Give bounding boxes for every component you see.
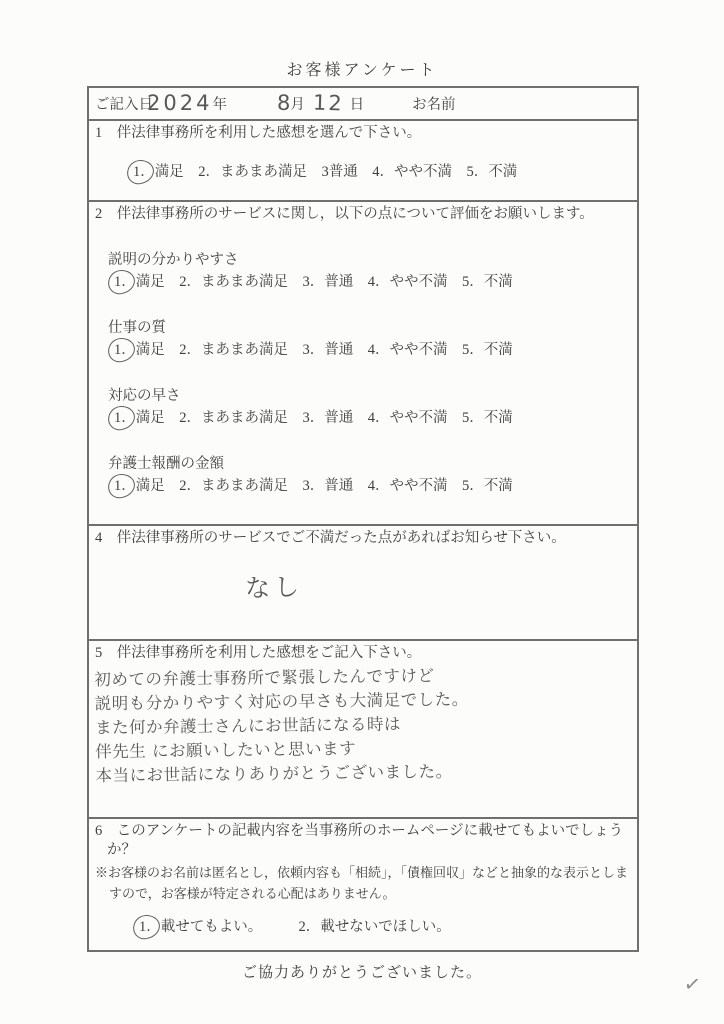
question-1: 1 伴法律事務所を利用した感想を選んで下さい。 1．満足 2．まあまあ満足 3普… xyxy=(89,119,637,200)
name-label: お名前 xyxy=(412,97,456,113)
thanks-message: ご協力ありがとうございました。 xyxy=(0,962,724,984)
subquestion-options: 1．満足 2．まあまあ満足 3．普通 4．やや不満 5．不満 xyxy=(114,273,633,292)
subquestion-label: 仕事の質 xyxy=(108,319,633,338)
date-year-handwritten: 2024 xyxy=(147,91,212,115)
date-month-handwritten: 8 xyxy=(277,91,290,115)
month-suffix: 月 xyxy=(290,97,305,113)
question-6: 6 このアンケートの記載内容を当事務所のホームページに載せてもよいでしょうか？ … xyxy=(89,817,637,950)
question-2: 2 伴法律事務所のサービスに関し，以下の点について評価をお願いします。 説明の分… xyxy=(89,200,637,524)
question-4: 4 伴法律事務所のサービスでご不満だった点があればお知らせ下さい。 なし xyxy=(89,524,637,639)
question-5: 5 伴法律事務所を利用した感想をご記入下さい。 初めての弁護士事務所で緊張したん… xyxy=(89,639,637,817)
question-6-options: 1．載せてもよい。 2．載せないでほしい。 xyxy=(139,918,633,937)
question-5-handwritten-answer: 初めての弁護士事務所で緊張したんですけど 説明も分かりやすく対応の早さも大満足で… xyxy=(94,662,633,789)
question-1-header: 1 伴法律事務所を利用した感想を選んで下さい。 xyxy=(95,124,633,143)
subquestion-options-text: 1．満足 2．まあまあ満足 3．普通 4．やや不満 5．不満 xyxy=(114,478,513,494)
date-day-handwritten: 12 xyxy=(312,88,344,118)
subquestion-label: 説明の分かりやすさ xyxy=(108,251,633,270)
question-6-note: ※お客様のお名前は匿名とし，依頼内容も「相続」，「債権回収」などと抽象的な表示と… xyxy=(95,862,639,904)
question-6-header: 6 このアンケートの記載内容を当事務所のホームページに載せてもよいでしょうか？ xyxy=(95,822,628,860)
question-5-header: 5 伴法律事務所を利用した感想をご記入下さい。 xyxy=(95,644,633,663)
question-1-options-text: 1．満足 2．まあまあ満足 3普通 4．やや不満 5．不満 xyxy=(133,164,517,180)
subquestion-options-text: 1．満足 2．まあまあ満足 3．普通 4．やや不満 5．不満 xyxy=(114,274,513,290)
survey-form: ご記入日2024年8月12日お名前 1 伴法律事務所を利用した感想を選んで下さい… xyxy=(87,86,639,952)
date-label: ご記入日 xyxy=(95,97,153,113)
year-suffix: 年 xyxy=(212,97,227,113)
subquestion-options: 1．満足 2．まあまあ満足 3．普通 4．やや不満 5．不満 xyxy=(114,341,633,360)
day-suffix: 日 xyxy=(350,97,365,113)
subquestion-options-text: 1．満足 2．まあまあ満足 3．普通 4．やや不満 5．不満 xyxy=(114,410,513,426)
subquestion-options-text: 1．満足 2．まあまあ満足 3．普通 4．やや不満 5．不満 xyxy=(114,342,513,358)
question-4-handwritten-answer: なし xyxy=(244,567,303,605)
question-6-options-text: 1．載せてもよい。 2．載せないでほしい。 xyxy=(139,919,451,935)
subquestion-label: 弁護士報酬の金額 xyxy=(108,455,633,474)
date-name-row: ご記入日2024年8月12日お名前 xyxy=(89,88,637,119)
question-2-header: 2 伴法律事務所のサービスに関し，以下の点について評価をお願いします。 xyxy=(95,205,633,224)
subquestion-options: 1．満足 2．まあまあ満足 3．普通 4．やや不満 5．不満 xyxy=(114,477,633,496)
scanned-survey-page: お客様アンケート ご記入日2024年8月12日お名前 1 伴法律事務所を利用した… xyxy=(0,0,724,1024)
subquestion-options: 1．満足 2．まあまあ満足 3．普通 4．やや不満 5．不満 xyxy=(114,409,633,428)
question-1-options: 1．満足 2．まあまあ満足 3普通 4．やや不満 5．不満 xyxy=(133,163,633,182)
page-title: お客様アンケート xyxy=(0,57,724,80)
subquestion-label: 対応の早さ xyxy=(108,387,633,406)
question-4-header: 4 伴法律事務所のサービスでご不満だった点があればお知らせ下さい。 xyxy=(95,529,633,548)
checkmark-handwritten: ✓ xyxy=(682,971,702,997)
